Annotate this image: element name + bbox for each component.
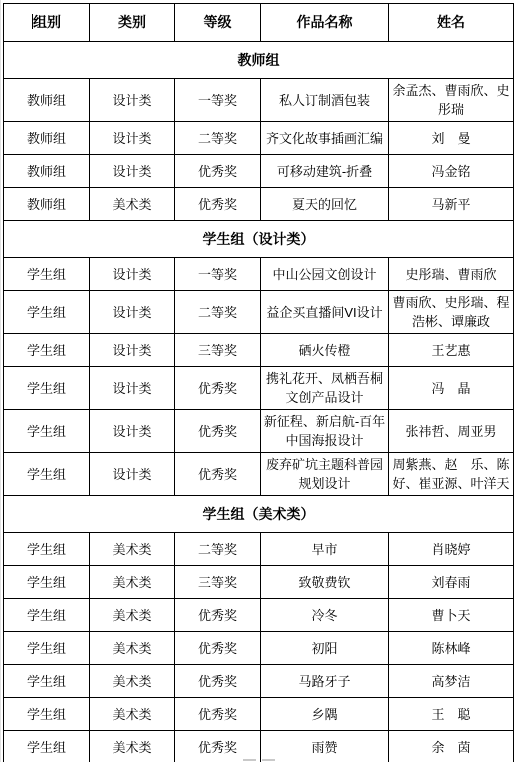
cell-award: 优秀奖 [175,632,261,665]
column-header-label: 等级 [204,14,232,30]
table-row: 学生组设计类二等奖益企买直播间VI设计曹雨欣、史彤瑞、程浩彬、谭廉政 [4,291,514,334]
page-break-marker [262,759,275,761]
header-row: 组别 类别 等级 作品名称 姓名 [4,4,514,42]
cell-name: 冯 晶 [389,367,514,410]
cell-category: 美术类 [90,731,175,762]
cell-award: 二等奖 [175,533,261,566]
cell-category: 美术类 [90,665,175,698]
column-header-group: 组别 [4,4,90,42]
column-header-award: 等级 [175,4,261,42]
table-row: 学生组美术类优秀奖冷冬曹卜天 [4,599,514,632]
cell-name: 肖晓婷 [389,533,514,566]
cell-name: 周紫燕、赵 乐、陈好、崔亚源、叶洋天 [389,453,514,496]
cell-name: 刘 曼 [389,122,514,155]
table-row: 学生组美术类优秀奖乡隅王 聪 [4,698,514,731]
table-row: 学生组设计类优秀奖携礼花开、凤栖吾桐文创产品设计冯 晶 [4,367,514,410]
cell-work: 废弃矿坑主题科普园规划设计 [261,453,389,496]
table-row: 学生组设计类三等奖硒火传橙王艺惠 [4,334,514,367]
cell-award: 优秀奖 [175,410,261,453]
cell-name: 余孟杰、曹雨欣、史彤瑞 [389,79,514,122]
cell-work: 致敬费钦 [261,566,389,599]
cell-group: 学生组 [4,334,90,367]
cell-category: 美术类 [90,188,175,221]
table-row: 学生组设计类优秀奖废弃矿坑主题科普园规划设计周紫燕、赵 乐、陈好、崔亚源、叶洋天 [4,453,514,496]
table-row: 学生组设计类一等奖中山公园文创设计史彤瑞、曹雨欣 [4,258,514,291]
column-header-label: 作品名称 [297,14,353,30]
cell-award: 一等奖 [175,79,261,122]
cell-work: 携礼花开、凤栖吾桐文创产品设计 [261,367,389,410]
cell-group: 学生组 [4,367,90,410]
cell-work: 早市 [261,533,389,566]
cell-name: 王艺惠 [389,334,514,367]
table-row: 学生组设计类优秀奖新征程、新启航-百年中国海报设计张祎哲、周亚男 [4,410,514,453]
cell-award: 优秀奖 [175,188,261,221]
column-header-category: 类别 [90,4,175,42]
cell-category: 设计类 [90,258,175,291]
table-row: 教师组设计类一等奖私人订制酒包装余孟杰、曹雨欣、史彤瑞 [4,79,514,122]
cell-work: 新征程、新启航-百年中国海报设计 [261,410,389,453]
cell-category: 美术类 [90,698,175,731]
cell-name: 马新平 [389,188,514,221]
cell-group: 学生组 [4,453,90,496]
table-row: 学生组美术类优秀奖马路牙子高梦洁 [4,665,514,698]
cell-name: 张祎哲、周亚男 [389,410,514,453]
column-header-name: 姓名 [389,4,514,42]
cell-group: 学生组 [4,533,90,566]
cell-group: 学生组 [4,665,90,698]
cell-group: 教师组 [4,79,90,122]
cell-work: 齐文化故事插画汇编 [261,122,389,155]
column-header-label: 姓名 [437,14,465,30]
cell-work: 马路牙子 [261,665,389,698]
section-title: 学生组（美术类） [4,496,514,533]
cell-name: 高梦洁 [389,665,514,698]
cell-group: 教师组 [4,155,90,188]
cell-category: 设计类 [90,79,175,122]
cell-work: 私人订制酒包装 [261,79,389,122]
cell-group: 学生组 [4,632,90,665]
table-row: 教师组设计类优秀奖可移动建筑-折叠冯金铭 [4,155,514,188]
document-page: 组别 类别 等级 作品名称 姓名 教师组教师组设计类一等奖私人订制酒包装余孟杰、… [0,0,520,762]
cell-award: 三等奖 [175,566,261,599]
cell-group: 学生组 [4,698,90,731]
awards-table: 组别 类别 等级 作品名称 姓名 教师组教师组设计类一等奖私人订制酒包装余孟杰、… [3,3,514,762]
cell-work: 冷冬 [261,599,389,632]
cell-work: 雨赞 [261,731,389,762]
cell-award: 优秀奖 [175,367,261,410]
cell-name: 曹卜天 [389,599,514,632]
section-row: 学生组（设计类） [4,221,514,258]
cell-category: 设计类 [90,155,175,188]
table-row: 教师组设计类二等奖齐文化故事插画汇编刘 曼 [4,122,514,155]
cell-group: 教师组 [4,122,90,155]
cell-work: 益企买直播间VI设计 [261,291,389,334]
cell-name: 陈林峰 [389,632,514,665]
cell-name: 刘春雨 [389,566,514,599]
cell-award: 三等奖 [175,334,261,367]
cell-award: 优秀奖 [175,453,261,496]
cell-work: 夏天的回忆 [261,188,389,221]
table-row: 学生组美术类三等奖致敬费钦刘春雨 [4,566,514,599]
cell-award: 二等奖 [175,122,261,155]
cell-award: 优秀奖 [175,665,261,698]
cell-group: 学生组 [4,599,90,632]
table-row: 学生组美术类优秀奖雨赞余 茵 [4,731,514,762]
cell-name: 史彤瑞、曹雨欣 [389,258,514,291]
cell-award: 一等奖 [175,258,261,291]
cell-category: 设计类 [90,122,175,155]
section-row: 学生组（美术类） [4,496,514,533]
column-header-label: 组别 [33,14,61,30]
cell-name: 余 茵 [389,731,514,762]
cell-work: 硒火传橙 [261,334,389,367]
section-title: 学生组（设计类） [4,221,514,258]
cell-category: 美术类 [90,533,175,566]
cell-award: 二等奖 [175,291,261,334]
cell-group: 学生组 [4,566,90,599]
cell-work: 乡隅 [261,698,389,731]
cell-name: 王 聪 [389,698,514,731]
cell-category: 设计类 [90,367,175,410]
page-break-marker [243,759,256,761]
table-row: 学生组美术类优秀奖初阳陈林峰 [4,632,514,665]
column-header-label: 类别 [118,14,146,30]
column-header-work: 作品名称 [261,4,389,42]
cell-category: 设计类 [90,453,175,496]
cell-category: 设计类 [90,334,175,367]
section-row: 教师组 [4,42,514,79]
cell-group: 学生组 [4,258,90,291]
page-edge [0,0,1,762]
cell-award: 优秀奖 [175,731,261,762]
cell-work: 初阳 [261,632,389,665]
cell-category: 设计类 [90,410,175,453]
cell-group: 学生组 [4,731,90,762]
cell-award: 优秀奖 [175,698,261,731]
cell-category: 美术类 [90,599,175,632]
cell-name: 冯金铭 [389,155,514,188]
cell-work: 可移动建筑-折叠 [261,155,389,188]
cell-category: 设计类 [90,291,175,334]
cell-category: 美术类 [90,566,175,599]
cell-group: 学生组 [4,410,90,453]
cell-award: 优秀奖 [175,599,261,632]
table-row: 教师组美术类优秀奖夏天的回忆马新平 [4,188,514,221]
section-title: 教师组 [4,42,514,79]
table-row: 学生组美术类二等奖早市肖晓婷 [4,533,514,566]
cell-group: 学生组 [4,291,90,334]
cell-work: 中山公园文创设计 [261,258,389,291]
cell-name: 曹雨欣、史彤瑞、程浩彬、谭廉政 [389,291,514,334]
cell-category: 美术类 [90,632,175,665]
cell-group: 教师组 [4,188,90,221]
cell-award: 优秀奖 [175,155,261,188]
